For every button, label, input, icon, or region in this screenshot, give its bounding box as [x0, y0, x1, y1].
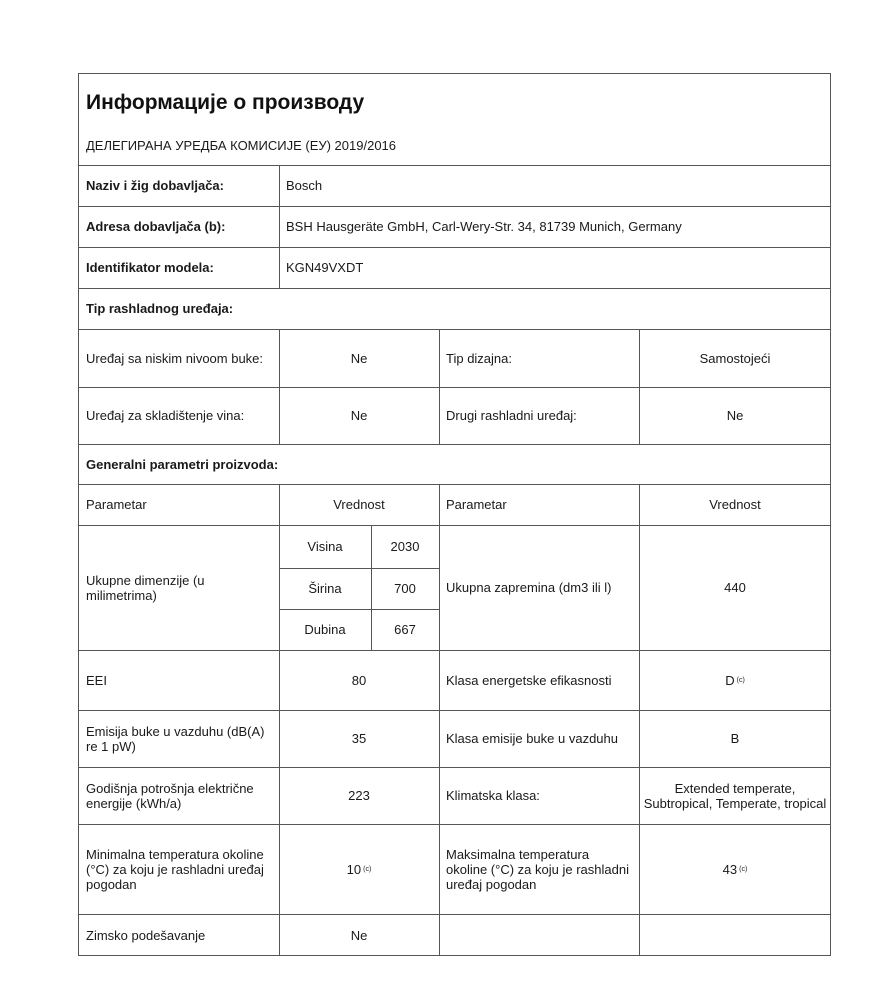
noise-class-value: B	[639, 710, 831, 767]
dimension-width-value: 700	[371, 568, 439, 609]
col-header-value: Vrednost	[279, 484, 439, 525]
col-header-parameter: Parametar	[79, 484, 279, 525]
min-temp-cell: 10(c)	[279, 824, 439, 914]
dimensions-label: Ukupne dimenzije (u milimetrima)	[79, 525, 279, 650]
winter-setting-value: Ne	[279, 914, 439, 956]
min-temp-label: Minimalna temperatura okoline (°C) za ko…	[79, 824, 279, 914]
product-info-table: Информације о производу ДЕЛЕГИРАНА УРЕДБ…	[78, 73, 831, 956]
other-appliance-value: Ne	[639, 387, 831, 444]
climate-class-label: Klimatska klasa:	[439, 767, 639, 824]
noise-emission-value: 35	[279, 710, 439, 767]
supplier-address-value: BSH Hausgeräte GmbH, Carl-Wery-Str. 34, …	[279, 206, 831, 247]
energy-class-value: D	[725, 673, 734, 688]
page-title: Информације о производу	[79, 78, 831, 126]
supplier-address-label: Adresa dobavljača (b):	[79, 206, 279, 247]
empty-cell	[439, 914, 639, 956]
eei-label: EEI	[79, 650, 279, 710]
general-params-section: Generalni parametri proizvoda:	[79, 444, 831, 484]
energy-class-cell: D(c)	[639, 650, 831, 710]
volume-value: 440	[639, 525, 831, 650]
design-type-value: Samostojeći	[639, 329, 831, 387]
max-temp-label: Maksimalna temperatura okoline (°C) za k…	[439, 824, 639, 914]
appliance-type-section: Tip rashladnog uređaja:	[79, 288, 831, 329]
dimension-height-value: 2030	[371, 525, 439, 568]
low-noise-label: Uređaj sa niskim nivoom buke:	[79, 329, 279, 387]
min-temp-note: (c)	[363, 862, 371, 877]
dimension-width-label: Širina	[279, 568, 371, 609]
max-temp-value: 43	[723, 862, 737, 877]
regulation-reference: ДЕЛЕГИРАНА УРЕДБА КОМИСИЈЕ (ЕУ) 2019/201…	[79, 126, 831, 164]
dimension-depth-value: 667	[371, 609, 439, 650]
other-appliance-label: Drugi rashladni uređaj:	[439, 387, 639, 444]
supplier-name-value: Bosch	[279, 165, 831, 206]
energy-class-label: Klasa energetske efikasnosti	[439, 650, 639, 710]
eei-value: 80	[279, 650, 439, 710]
model-identifier-label: Identifikator modela:	[79, 247, 279, 288]
volume-label: Ukupna zapremina (dm3 ili l)	[439, 525, 639, 650]
climate-class-value: Extended temperate, Subtropical, Tempera…	[639, 767, 831, 824]
wine-storage-value: Ne	[279, 387, 439, 444]
design-type-label: Tip dizajna:	[439, 329, 639, 387]
max-temp-cell: 43(c)	[639, 824, 831, 914]
col-header-value-2: Vrednost	[639, 484, 831, 525]
noise-emission-label: Emisija buke u vazduhu (dB(A) re 1 pW)	[79, 710, 279, 767]
col-header-parameter-2: Parametar	[439, 484, 639, 525]
wine-storage-label: Uređaj za skladištenje vina:	[79, 387, 279, 444]
energy-class-note: (c)	[737, 673, 745, 688]
dimension-depth-label: Dubina	[279, 609, 371, 650]
dimension-height-label: Visina	[279, 525, 371, 568]
min-temp-value: 10	[347, 862, 361, 877]
model-identifier-value: KGN49VXDT	[279, 247, 831, 288]
supplier-name-label: Naziv i žig dobavljača:	[79, 165, 279, 206]
winter-setting-label: Zimsko podešavanje	[79, 914, 279, 956]
empty-cell	[639, 914, 831, 956]
annual-energy-label: Godišnja potrošnja električne energije (…	[79, 767, 279, 824]
low-noise-value: Ne	[279, 329, 439, 387]
noise-class-label: Klasa emisije buke u vazduhu	[439, 710, 639, 767]
max-temp-note: (c)	[739, 862, 747, 877]
annual-energy-value: 223	[279, 767, 439, 824]
